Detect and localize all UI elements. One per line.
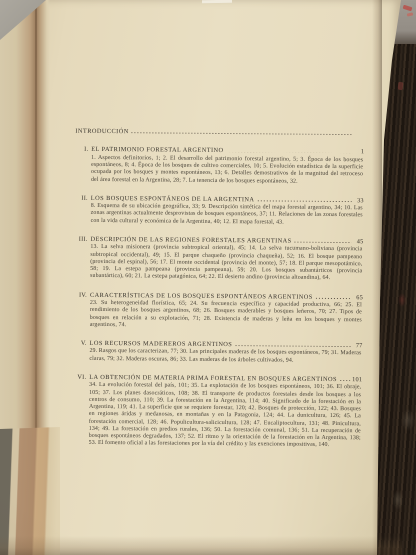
book-photo: INTRODUCCIÓN I. EL PATRIMONIO FORESTAL A… [0,0,416,555]
dot-leader [234,339,350,347]
section-numeral: IV. [74,291,87,299]
section-numeral: III. [74,236,87,244]
page-bottom-shadow [0,536,402,555]
toc-entry-introduccion: INTRODUCCIÓN [75,126,364,138]
section-title: LOS RECURSOS MADEREROS ARGENTINOS [90,340,233,349]
section-subentries: 23. Su heterogeneidad florística, 65; 24… [90,300,362,331]
section-subentries: 8. Esquema de su ubicación geográfica, 3… [91,203,363,227]
toc-page-number: 33 [354,197,364,204]
toc-page-number: 1 [354,149,364,156]
toc-entry-section-5: V. LOS RECURSOS MADEREROS ARGENTINOS 77 … [73,338,362,365]
toc-entry-section-2: II. LOS BOSQUES ESPONTÁNEOS DE LA ARGENT… [75,193,364,228]
toc-page-number: 77 [353,342,363,349]
dot-leader [131,126,353,135]
toc-entry-section-1: I. EL PATRIMONIO FORESTAL ARGENTINO 1 1.… [75,144,364,186]
dot-leader [294,236,352,244]
table-of-contents: INTRODUCCIÓN I. EL PATRIMONIO FORESTAL A… [73,126,365,459]
toc-page-number: 101 [352,376,362,383]
dot-leader [339,374,350,381]
section-subentries: 29. Rasgos que los caracterizan, 77; 30.… [89,348,361,365]
section-numeral: VI. [73,374,86,382]
toc-entry-section-3: III. DESCRIPCIÓN DE LAS REGIONES FORESTA… [74,234,363,283]
section-numeral: V. [74,340,87,348]
page-top-edge-sliver [202,0,232,3]
toc-entry-label: INTRODUCCIÓN [75,128,128,136]
toc-entry-section-4: IV. CARACTERÍSTICAS DE LOS BOSQUES ESPON… [74,289,363,331]
dot-leader [256,194,351,202]
section-subentries: 1. Aspectos definitorios, 1; 2. El desar… [91,155,363,186]
section-subentries: 13. La selva misionera (provincia subtro… [90,244,362,283]
section-title: EL PATRIMONIO FORESTAL ARGENTINO [91,146,223,155]
section-subentries: 34. La evolución forestal del país, 101;… [89,382,362,450]
dot-leader [315,291,351,298]
toc-page-number: 45 [353,238,363,245]
section-numeral: I. [75,146,88,154]
toc-page-number: 65 [353,294,363,301]
dot-leader [226,145,353,153]
section-numeral: II. [75,195,88,203]
toc-entry-section-6: VI. LA OBTENCIÓN DE MATERIA PRIMA FOREST… [73,372,363,450]
